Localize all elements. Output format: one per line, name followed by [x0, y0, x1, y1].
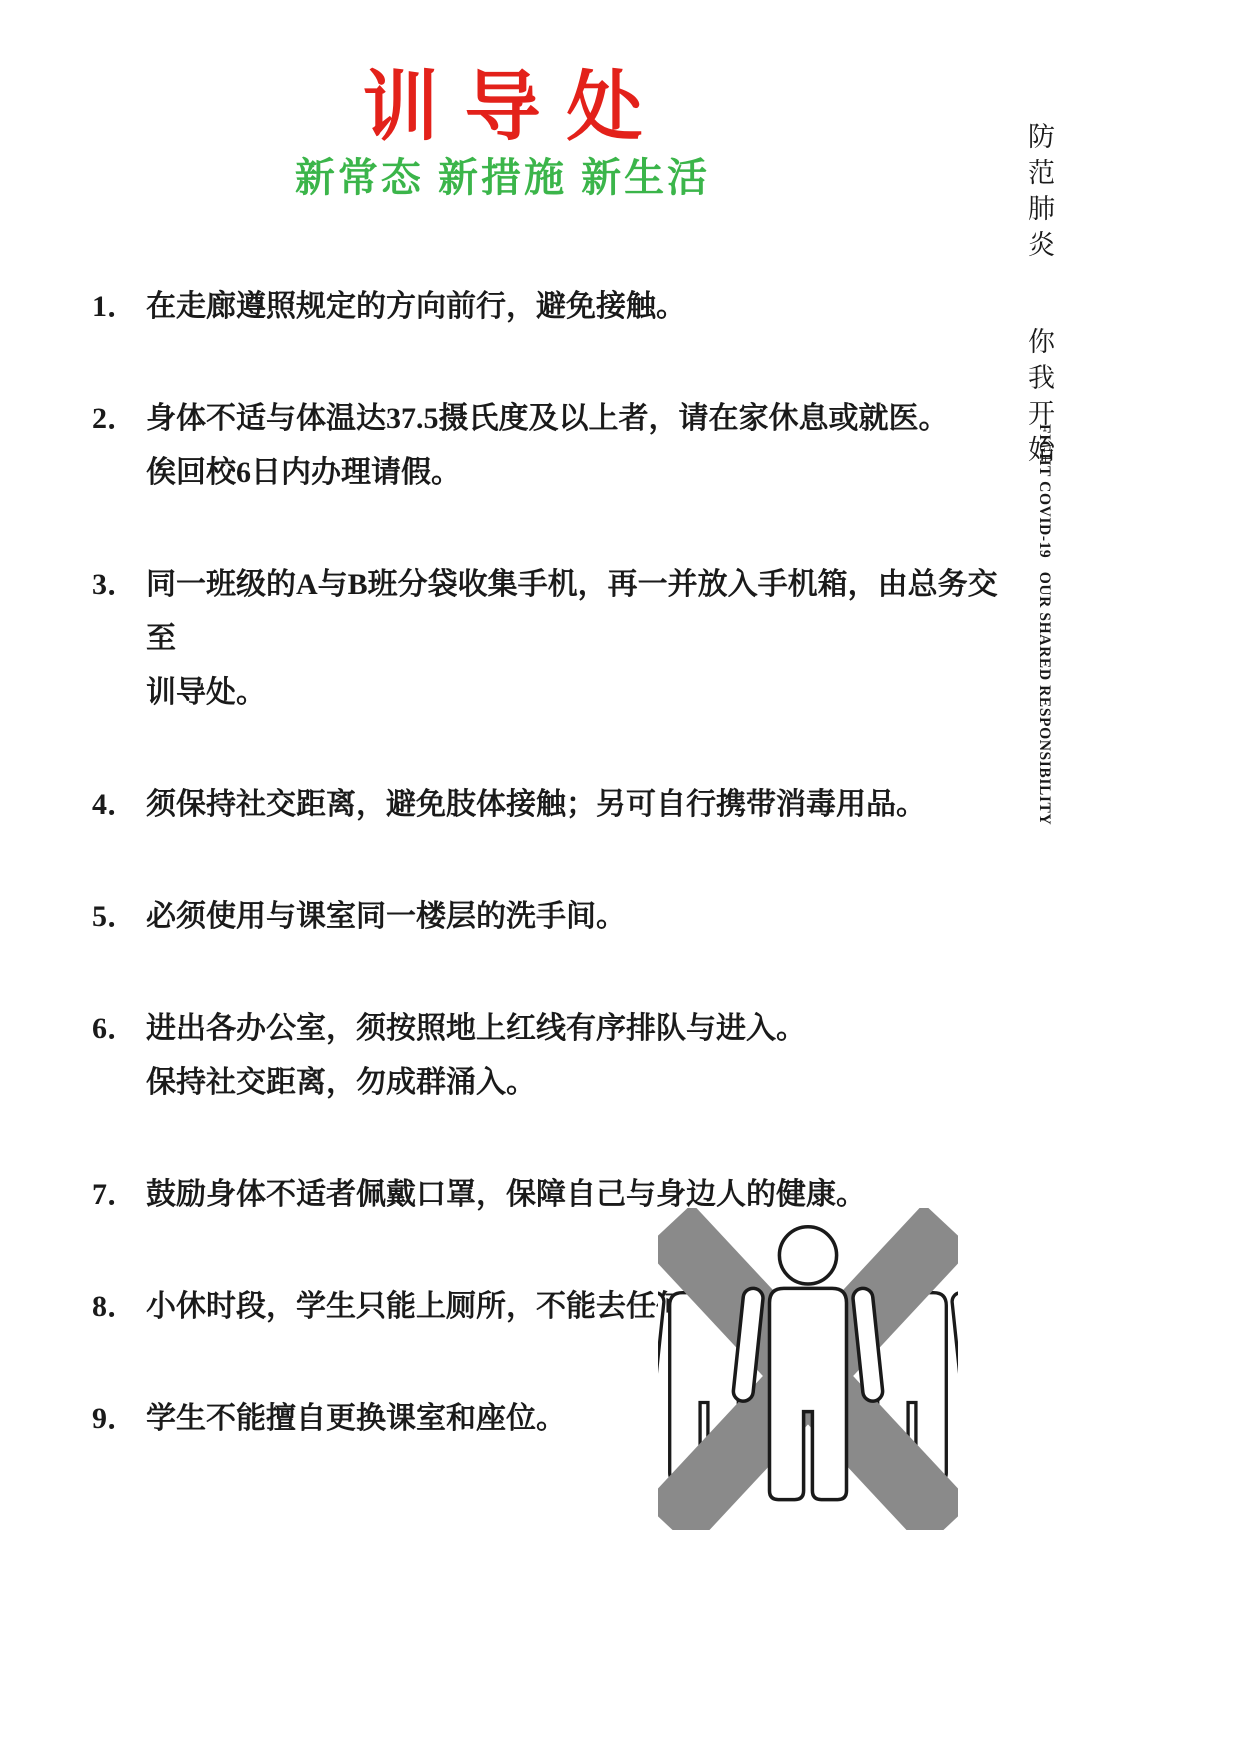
- rule-text: 同一班级的A与B班分袋收集手机，再一并放入手机箱，由总务交至训导处。: [146, 558, 1012, 720]
- poster-page: 训导处 新常态 新措施 新生活 1．在走廊遵照规定的方向前行，避免接触。2．身体…: [0, 0, 1241, 1754]
- rule-number: 7．: [92, 1168, 146, 1222]
- rule-number: 3．: [92, 558, 146, 612]
- rule-number: 5．: [92, 890, 146, 944]
- page-title: 训导处: [0, 68, 1005, 148]
- page-subtitle: 新常态 新措施 新生活: [0, 156, 1005, 200]
- rule-item: 6．进出各办公室，须按照地上红线有序排队与进入。保持社交距离，勿成群涌入。: [92, 1002, 1012, 1110]
- rule-text-line: 同一班级的A与B班分袋收集手机，再一并放入手机箱，由总务交至: [146, 558, 1012, 666]
- rule-text-line: 进出各办公室，须按照地上红线有序排队与进入。: [146, 1002, 1012, 1056]
- rule-item: 4．须保持社交距离，避免肢体接触；另可自行携带消毒用品。: [92, 778, 1012, 832]
- rule-item: 1．在走廊遵照规定的方向前行，避免接触。: [92, 280, 1012, 334]
- rule-text-line: 在走廊遵照规定的方向前行，避免接触。: [146, 280, 1012, 334]
- rule-text: 进出各办公室，须按照地上红线有序排队与进入。保持社交距离，勿成群涌入。: [146, 1002, 1012, 1110]
- rule-number: 9．: [92, 1392, 146, 1446]
- slogan-cn-top: 防范肺炎: [1024, 122, 1054, 266]
- rule-item: 3．同一班级的A与B班分袋收集手机，再一并放入手机箱，由总务交至训导处。: [92, 558, 1012, 720]
- vertical-slogan-english: FIGHT COVID-19 OUR SHARED RESPONSIBILITY: [1035, 424, 1053, 825]
- rule-text: 须保持社交距离，避免肢体接触；另可自行携带消毒用品。: [146, 778, 1012, 832]
- rule-text: 身体不适与体温达37.5摄氏度及以上者，请在家休息或就医。俟回校6日内办理请假。: [146, 392, 1012, 500]
- no-gathering-graphic: [658, 1208, 958, 1530]
- vertical-slogan-chinese: 防范肺炎 你我开始: [1020, 122, 1059, 471]
- rule-text-line: 俟回校6日内办理请假。: [146, 446, 1012, 500]
- rule-text: 必须使用与课室同一楼层的洗手间。: [146, 890, 1012, 944]
- rule-item: 5．必须使用与课室同一楼层的洗手间。: [92, 890, 1012, 944]
- rule-number: 4．: [92, 778, 146, 832]
- rule-text-line: 身体不适与体温达37.5摄氏度及以上者，请在家休息或就医。: [146, 392, 1012, 446]
- rule-item: 2．身体不适与体温达37.5摄氏度及以上者，请在家休息或就医。俟回校6日内办理请…: [92, 392, 1012, 500]
- rule-number: 2．: [92, 392, 146, 446]
- header: 训导处 新常态 新措施 新生活: [0, 68, 1005, 200]
- rule-number: 1．: [92, 280, 146, 334]
- rule-text-line: 必须使用与课室同一楼层的洗手间。: [146, 890, 1012, 944]
- rule-number: 6．: [92, 1002, 146, 1056]
- rule-text-line: 须保持社交距离，避免肢体接触；另可自行携带消毒用品。: [146, 778, 1012, 832]
- rule-text-line: 保持社交距离，勿成群涌入。: [146, 1056, 1012, 1110]
- rule-text-line: 训导处。: [146, 666, 1012, 720]
- rule-text: 在走廊遵照规定的方向前行，避免接触。: [146, 280, 1012, 334]
- rule-number: 8．: [92, 1280, 146, 1334]
